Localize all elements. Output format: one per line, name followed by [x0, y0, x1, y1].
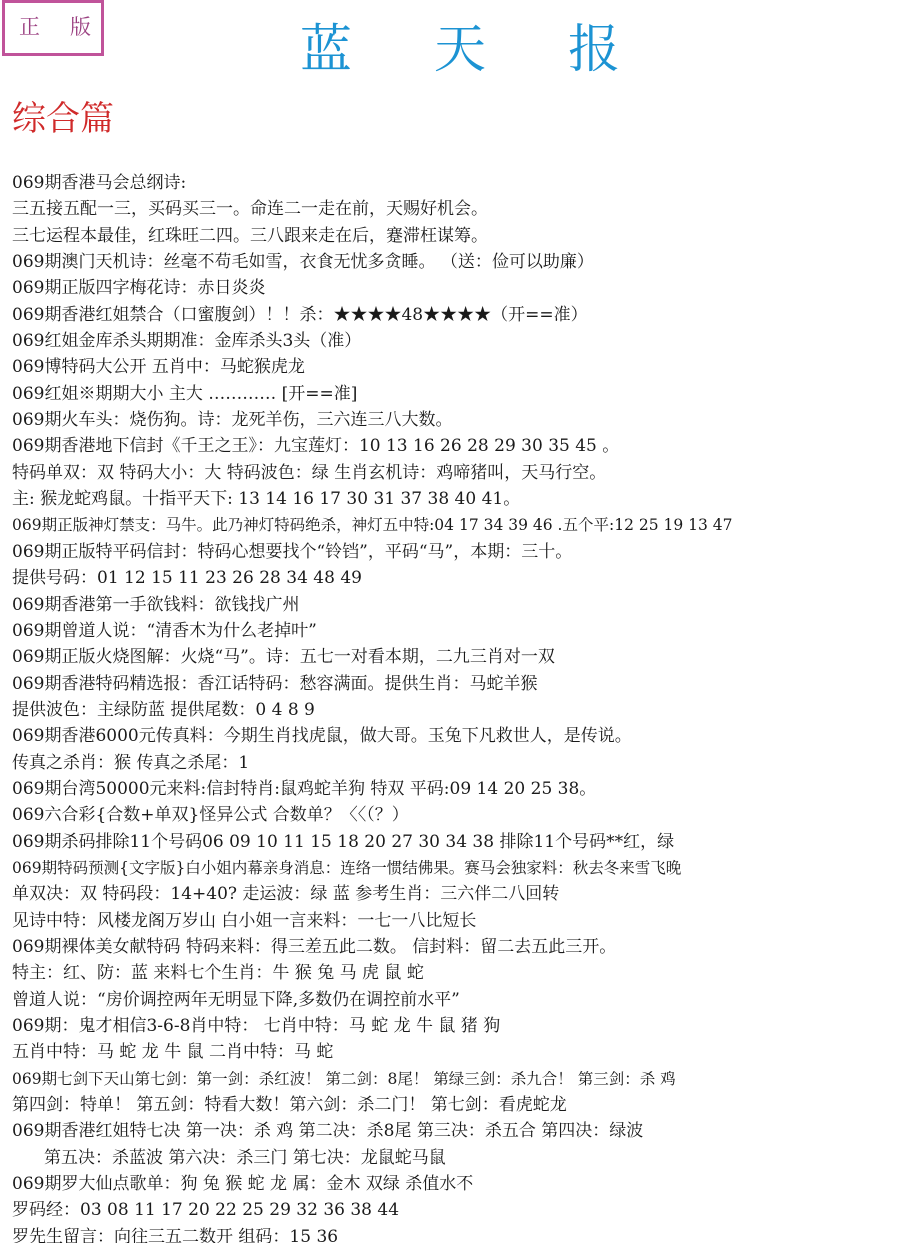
text-line: 特主：红、防：蓝 来料七个生肖：牛 猴 兔 马 虎 鼠 蛇 [12, 960, 900, 986]
badge-char-right: 版 [70, 11, 91, 41]
text-line: 069期七剑下天山第七剑：第一剑：杀红波！ 第二剑：8尾！ 第绿三剑：杀九合！ … [12, 1066, 900, 1092]
text-line: 069期澳门天机诗：丝毫不苟毛如雪，衣食无忧多贪睡。 （送：俭可以助廉） [12, 249, 900, 275]
text-line: 三七运程本最佳，红珠旺二四。三八跟来走在后，蹇滞枉谋筹。 [12, 223, 900, 249]
text-line: 069期特码预测{文字版}白小姐内幕亲身消息：连络一惯结佛果。赛马会独家料：秋去… [12, 855, 900, 881]
text-line: 069博特码大公开 五肖中：马蛇猴虎龙 [12, 354, 900, 380]
text-line: 069期香港红姐禁合（口蜜腹剑）！！杀：★★★★48★★★★（开==准） [12, 302, 900, 328]
text-line: 罗码经：03 08 11 17 20 22 25 29 32 36 38 44 [12, 1197, 900, 1223]
text-line: 069期香港6000元传真料：今期生肖找虎鼠，做大哥。玉兔下凡救世人，是传说。 [12, 723, 900, 749]
text-line: 主: 猴龙蛇鸡鼠。十指平天下: 13 14 16 17 30 31 37 38 … [12, 486, 900, 512]
text-line: 单双决：双 特码段：14+40? 走运波：绿 蓝 参考生肖：三六伴二八回转 [12, 881, 900, 907]
section-title: 综合篇 [12, 95, 114, 143]
text-line: 069红姐※期期大小 主大 ………… [开==准] [12, 381, 900, 407]
text-line: 三五接五配一三，买码买三一。命连二一走在前，天赐好机会。 [12, 196, 900, 222]
text-line: 069期香港第一手欲钱料：欲钱找广州 [12, 592, 900, 618]
masthead-char-3: 报 [568, 18, 620, 82]
text-line: 传真之杀肖：猴 传真之杀尾：1 [12, 750, 900, 776]
masthead-title: 蓝 天 报 [300, 18, 620, 82]
text-line: 069期香港马会总纲诗: [12, 170, 900, 196]
masthead-char-1: 蓝 [300, 18, 352, 82]
text-line: 罗先生留言：向往三五二数开 组码：15 36 [12, 1224, 900, 1243]
text-line: 069期裸体美女献特码 特码来料：得三差五此二数。 信封料：留二去五此三开。 [12, 934, 900, 960]
text-line: 069期火车头：烧伤狗。诗：龙死羊伤，三六连三八大数。 [12, 407, 900, 433]
text-line: 069期香港特码精选报：香江话特码：愁容满面。提供生肖：马蛇羊猴 [12, 671, 900, 697]
text-line: 069期杀码排除11个号码06 09 10 11 15 18 20 27 30 … [12, 829, 900, 855]
text-line: 069期：鬼才相信3-6-8肖中特： 七肖中特：马 蛇 龙 牛 鼠 猪 狗 [12, 1013, 900, 1039]
text-line: 提供波色：主绿防蓝 提供尾数：0 4 8 9 [12, 697, 900, 723]
text-line: 069期罗大仙点歌单：狗 兔 猴 蛇 龙 属：金木 双绿 杀值水不 [12, 1171, 900, 1197]
article-body: 069期香港马会总纲诗: 三五接五配一三，买码买三一。命连二一走在前，天赐好机会… [12, 170, 900, 1243]
text-line: 069期台湾50000元来料:信封特肖:鼠鸡蛇羊狗 特双 平码:09 14 20… [12, 776, 900, 802]
text-line: 069期正版四字梅花诗：赤日炎炎 [12, 275, 900, 301]
text-line: 见诗中特：风楼龙阁万岁山 白小姐一言来料：一七一八比短长 [12, 908, 900, 934]
text-line: 曾道人说：“房价调控两年无明显下降,多数仍在调控前水平” [12, 987, 900, 1013]
text-line: 第五决：杀蓝波 第六决：杀三门 第七决：龙鼠蛇马鼠 [12, 1145, 900, 1171]
text-line: 069期曾道人说：“清香木为什么老掉叶” [12, 618, 900, 644]
text-line: 069红姐金库杀头期期准：金库杀头3头（准） [12, 328, 900, 354]
text-line: 069期香港地下信封《千王之王》：九宝莲灯：10 13 16 26 28 29 … [12, 433, 900, 459]
text-line: 069六合彩{合数+单双}怪异公式 合数单？〈〈（？） [12, 802, 900, 828]
text-line: 第四剑：特单！ 第五剑：特看大数！第六剑：杀二门！ 第七剑：看虎蛇龙 [12, 1092, 900, 1118]
text-line: 069期正版特平码信封：特码心想要找个“铃铛”，平码“马”，本期：三十。 [12, 539, 900, 565]
masthead-char-2: 天 [434, 18, 486, 82]
text-line: 特码单双：双 特码大小：大 特码波色：绿 生肖玄机诗：鸡啼猪叫，天马行空。 [12, 460, 900, 486]
text-line: 五肖中特：马 蛇 龙 牛 鼠 二肖中特：马 蛇 [12, 1039, 900, 1065]
text-line: 069期正版神灯禁支：马牛。此乃神灯特码绝杀，神灯五中特:04 17 34 39… [12, 512, 900, 538]
text-line: 069期正版火烧图解：火烧“马”。诗：五七一对看本期，二九三肖对一双 [12, 644, 900, 670]
text-line: 069期香港红姐特七决 第一决：杀 鸡 第二决：杀8尾 第三决：杀五合 第四决：… [12, 1118, 900, 1144]
text-line: 提供号码：01 12 15 11 23 26 28 34 48 49 [12, 565, 900, 591]
genuine-edition-badge: 正 版 [2, 0, 104, 56]
badge-char-left: 正 [19, 11, 40, 41]
